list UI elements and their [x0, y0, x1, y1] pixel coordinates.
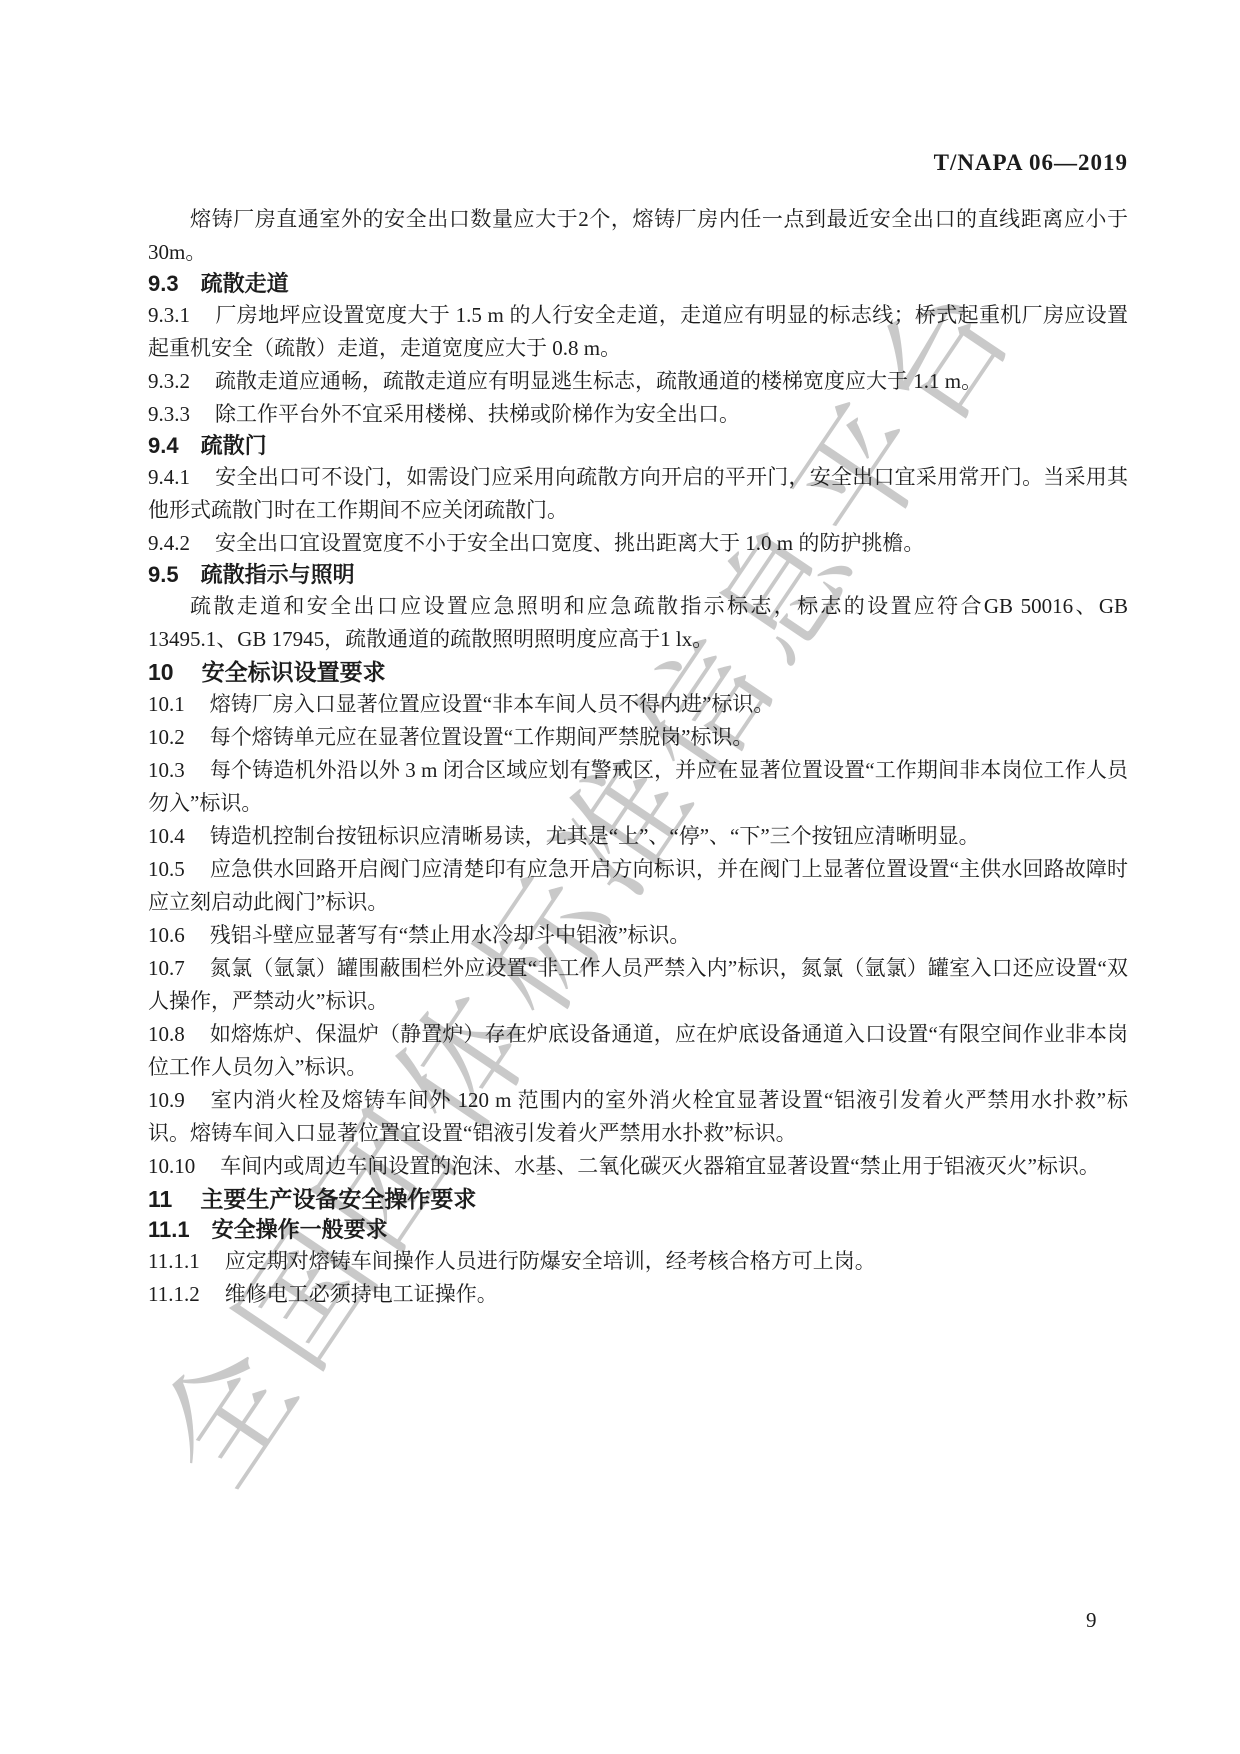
section-heading-9-3: 9.3疏散走道 [148, 269, 1128, 299]
clause-9-3-1: 9.3.1厂房地坪应设置宽度大于 1.5 m 的人行安全走道，走道应有明显的标志… [148, 299, 1128, 365]
paragraph-evacuation-lighting: 疏散走道和安全出口应设置应急照明和应急疏散指示标志，标志的设置应符合GB 500… [148, 590, 1128, 656]
clause-9-4-1: 9.4.1安全出口可不设门，如需设门应采用向疏散方向开启的平开门，安全出口宜采用… [148, 461, 1128, 527]
clause-number: 11.1.1 [148, 1249, 200, 1273]
chapter-heading-11: 11主要生产设备安全操作要求 [148, 1183, 1128, 1215]
section-title: 疏散走道 [201, 271, 289, 296]
clause-10-5: 10.5应急供水回路开启阀门应清楚印有应急开启方向标识，并在阀门上显著位置设置“… [148, 853, 1128, 919]
clause-text: 除工作平台外不宜采用楼梯、扶梯或阶梯作为安全出口。 [215, 402, 740, 426]
clause-number: 11.1.2 [148, 1282, 200, 1306]
clause-10-10: 10.10车间内或周边车间设置的泡沫、水基、二氧化碳灭火器箱宜显著设置“禁止用于… [148, 1150, 1128, 1183]
chapter-number: 10 [148, 659, 174, 685]
chapter-title: 主要生产设备安全操作要求 [200, 1186, 476, 1212]
clause-number: 10.3 [148, 758, 185, 782]
chapter-heading-10: 10安全标识设置要求 [148, 656, 1128, 688]
clause-number: 9.4.1 [148, 465, 190, 489]
clause-text: 安全出口宜设置宽度不小于安全出口宽度、挑出距离大于 1.0 m 的防护挑檐。 [215, 531, 924, 555]
clause-number: 10.6 [148, 923, 185, 947]
document-page: 全国团体标准信息平台 T/NAPA 06—2019 熔铸厂房直通室外的安全出口数… [0, 0, 1240, 1754]
chapter-number: 11 [148, 1186, 172, 1212]
clause-10-3: 10.3每个铸造机外沿以外 3 m 闭合区域应划有警戒区，并应在显著位置设置“工… [148, 754, 1128, 820]
clause-text: 如熔炼炉、保温炉（静置炉）存在炉底设备通道，应在炉底设备通道入口设置“有限空间作… [148, 1022, 1128, 1079]
section-number: 9.3 [148, 271, 179, 296]
clause-10-7: 10.7氮氯（氩氯）罐围蔽围栏外应设置“非工作人员严禁入内”标识，氮氯（氩氯）罐… [148, 952, 1128, 1018]
clause-number: 9.3.2 [148, 369, 190, 393]
clause-number: 10.1 [148, 692, 185, 716]
clause-number: 9.4.2 [148, 531, 190, 555]
clause-10-2: 10.2每个熔铸单元应在显著位置设置“工作期间严禁脱岗”标识。 [148, 721, 1128, 754]
clause-9-3-3: 9.3.3除工作平台外不宜采用楼梯、扶梯或阶梯作为安全出口。 [148, 398, 1128, 431]
clause-number: 10.7 [148, 956, 185, 980]
paragraph-safety-exits: 熔铸厂房直通室外的安全出口数量应大于2个，熔铸厂房内任一点到最近安全出口的直线距… [148, 203, 1128, 269]
clause-number: 10.9 [148, 1088, 185, 1112]
clause-text: 每个熔铸单元应在显著位置设置“工作期间严禁脱岗”标识。 [210, 725, 754, 749]
page-number: 9 [1086, 1608, 1097, 1632]
standard-code: T/NAPA 06—2019 [148, 150, 1128, 176]
clause-number: 10.4 [148, 824, 185, 848]
section-heading-9-5: 9.5疏散指示与照明 [148, 560, 1128, 590]
clause-text: 应定期对熔铸车间操作人员进行防爆安全培训，经考核合格方可上岗。 [225, 1249, 876, 1273]
clause-text: 安全出口可不设门，如需设门应采用向疏散方向开启的平开门，安全出口宜采用常开门。当… [148, 465, 1128, 522]
clause-text: 车间内或周边车间设置的泡沫、水基、二氧化碳灭火器箱宜显著设置“禁止用于铝液灭火”… [220, 1154, 1100, 1178]
clause-number: 10.2 [148, 725, 185, 749]
section-title: 疏散指示与照明 [201, 562, 355, 587]
chapter-title: 安全标识设置要求 [202, 659, 386, 685]
clause-text: 铸造机控制台按钮标识应清晰易读，尤其是“上”、“停”、“下”三个按钮应清晰明显。 [210, 824, 980, 848]
section-heading-9-4: 9.4疏散门 [148, 431, 1128, 461]
clause-11-1-2: 11.1.2维修电工必须持电工证操作。 [148, 1278, 1128, 1311]
clause-9-4-2: 9.4.2安全出口宜设置宽度不小于安全出口宽度、挑出距离大于 1.0 m 的防护… [148, 527, 1128, 560]
section-title: 疏散门 [201, 433, 267, 458]
clause-9-3-2: 9.3.2疏散走道应通畅，疏散走道应有明显逃生标志，疏散通道的楼梯宽度应大于 1… [148, 365, 1128, 398]
clause-10-6: 10.6残铝斗壁应显著写有“禁止用水冷却斗中铝液”标识。 [148, 919, 1128, 952]
clause-number: 9.3.3 [148, 402, 190, 426]
clause-10-4: 10.4铸造机控制台按钮标识应清晰易读，尤其是“上”、“停”、“下”三个按钮应清… [148, 820, 1128, 853]
section-number: 11.1 [148, 1217, 190, 1242]
section-number: 9.4 [148, 433, 179, 458]
clause-number: 10.10 [148, 1154, 195, 1178]
clause-10-9: 10.9室内消火栓及熔铸车间外 120 m 范围内的室外消火栓宜显著设置“铝液引… [148, 1084, 1128, 1150]
clause-text: 应急供水回路开启阀门应清楚印有应急开启方向标识，并在阀门上显著位置设置“主供水回… [148, 857, 1128, 914]
clause-number: 10.8 [148, 1022, 185, 1046]
clause-number: 10.5 [148, 857, 185, 881]
section-title: 安全操作一般要求 [212, 1217, 388, 1242]
clause-text: 疏散走道应通畅，疏散走道应有明显逃生标志，疏散通道的楼梯宽度应大于 1.1 m。 [215, 369, 982, 393]
section-number: 9.5 [148, 562, 179, 587]
clause-text: 残铝斗壁应显著写有“禁止用水冷却斗中铝液”标识。 [210, 923, 691, 947]
clause-text: 每个铸造机外沿以外 3 m 闭合区域应划有警戒区，并应在显著位置设置“工作期间非… [148, 758, 1128, 815]
clause-text: 维修电工必须持电工证操作。 [225, 1282, 498, 1306]
clause-text: 室内消火栓及熔铸车间外 120 m 范围内的室外消火栓宜显著设置“铝液引发着火严… [148, 1088, 1128, 1145]
clause-text: 熔铸厂房入口显著位置应设置“非本车间人员不得内进”标识。 [210, 692, 775, 716]
clause-text: 氮氯（氩氯）罐围蔽围栏外应设置“非工作人员严禁入内”标识，氮氯（氩氯）罐室入口还… [148, 956, 1128, 1013]
section-heading-11-1: 11.1安全操作一般要求 [148, 1215, 1128, 1245]
clause-11-1-1: 11.1.1应定期对熔铸车间操作人员进行防爆安全培训，经考核合格方可上岗。 [148, 1245, 1128, 1278]
clause-number: 9.3.1 [148, 303, 190, 327]
page-content: T/NAPA 06—2019 熔铸厂房直通室外的安全出口数量应大于2个，熔铸厂房… [148, 150, 1128, 1311]
clause-10-8: 10.8如熔炼炉、保温炉（静置炉）存在炉底设备通道，应在炉底设备通道入口设置“有… [148, 1018, 1128, 1084]
clause-text: 厂房地坪应设置宽度大于 1.5 m 的人行安全走道，走道应有明显的标志线；桥式起… [148, 303, 1128, 360]
clause-10-1: 10.1熔铸厂房入口显著位置应设置“非本车间人员不得内进”标识。 [148, 688, 1128, 721]
